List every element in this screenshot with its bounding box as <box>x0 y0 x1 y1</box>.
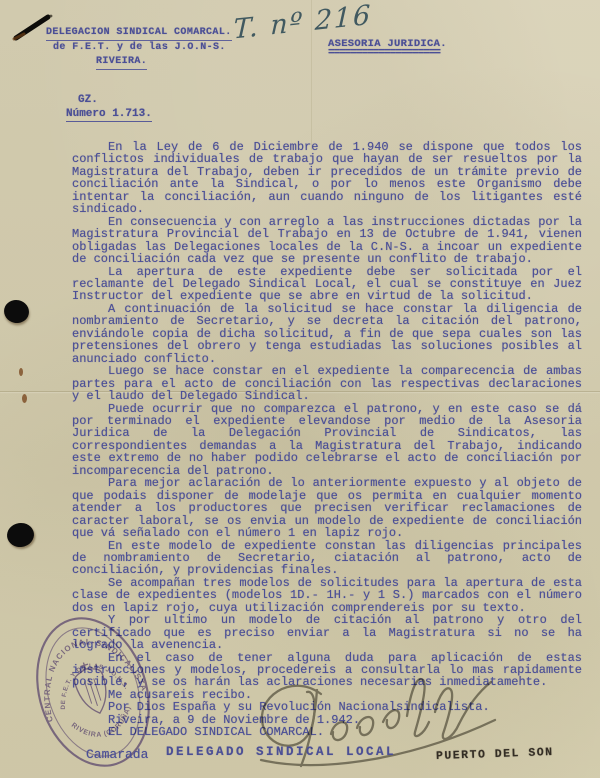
scanned-letter-page: DELEGACION SINDICAL COMARCAL. de F.E.T. … <box>0 0 600 778</box>
stamp-ring-text-bottom: RIVEIRA (CORUÑA) <box>69 703 140 747</box>
office-title-rule: ==================== <box>328 47 447 59</box>
punch-hole <box>5 521 35 549</box>
reference-code: GZ. <box>78 93 152 107</box>
footer-salutation: Camarada <box>86 747 148 762</box>
svg-text:RIVEIRA (CORUÑA): RIVEIRA (CORUÑA) <box>69 703 140 747</box>
paragraph: En consecuencia y con arreglo a las inst… <box>72 216 582 266</box>
paragraph: La apertura de este expediente debe ser … <box>72 266 582 303</box>
footer-addressee: DELEGADO SINDICAL LOCAL <box>166 745 396 759</box>
destination-stamp: PUERTO DEL SON <box>436 746 554 763</box>
paragraph: A continuación de la solicitud se hace c… <box>72 303 582 365</box>
paragraph: Luego se hace constar en el expediente l… <box>72 365 582 402</box>
org-name: DELEGACION SINDICAL COMARCAL. <box>46 26 232 41</box>
org-city: RIVEIRA. <box>96 55 147 70</box>
org-subtitle: de F.E.T. y de las J.O.N-S. <box>53 41 232 55</box>
rust-speck <box>22 394 27 403</box>
punch-hole <box>2 298 31 326</box>
letterhead: DELEGACION SINDICAL COMARCAL. de F.E.T. … <box>46 26 232 70</box>
office-header: ASESORIA JURIDICA. ==================== <box>328 38 447 59</box>
paragraph: En la Ley de 6 de Diciembre de 1.940 se … <box>72 141 582 216</box>
reference-block: GZ. Número 1.713. <box>66 93 152 122</box>
rust-speck <box>19 368 23 376</box>
paragraph: En este modelo de expediente constan las… <box>72 540 582 577</box>
paragraph: Puede ocurrir que no comparezca el patro… <box>72 403 582 478</box>
paragraph: Para mejor aclaración de lo anteriorment… <box>72 477 582 539</box>
reference-number: Número 1.713. <box>66 107 152 122</box>
